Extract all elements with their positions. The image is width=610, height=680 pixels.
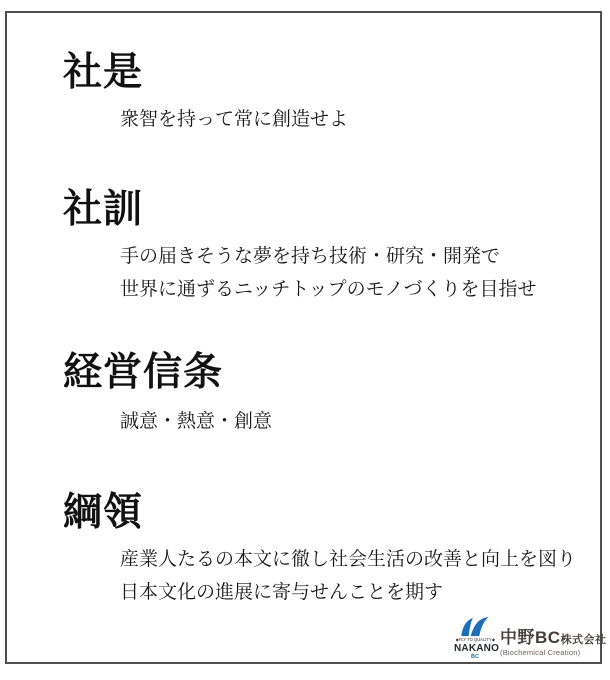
logo-tagline: ◆FLY TO QUALITY◆	[456, 638, 495, 642]
section-heading-shaze: 社是	[63, 50, 143, 96]
body-line: 産業人たるの本文に徹し社会生活の改善と向上を図り	[120, 543, 576, 576]
section-heading-keiei-shinjo: 経営信条	[63, 350, 223, 396]
company-name-line: 中野BC株式会社	[500, 629, 607, 647]
body-line: 日本文化の進展に寄与せんことを期す	[120, 576, 576, 609]
section-heading-koryo: 綱領	[63, 490, 143, 536]
section-body-shaze: 衆智を持って常に創造せよ	[120, 103, 348, 136]
body-line: 衆智を持って常に創造せよ	[120, 103, 348, 136]
company-logo: ◆FLY TO QUALITY◆ NAKANO BC 中野BC株式会社 (Bio…	[454, 617, 600, 661]
company-name-english: (Biochemical Creation)	[500, 649, 607, 657]
logo-nakano-text: NAKANO	[454, 644, 496, 654]
logo-mark: ◆FLY TO QUALITY◆ NAKANO BC	[454, 617, 496, 660]
section-body-koryo: 産業人たるの本文に徹し社会生活の改善と向上を図り 日本文化の進展に寄与せんことを…	[120, 543, 576, 609]
company-name-main: 中野BC	[500, 628, 561, 647]
section-body-keiei-shinjo: 誠意・熱意・創意	[120, 405, 272, 438]
company-name-suffix: 株式会社	[561, 634, 607, 646]
nakano-n-icon	[454, 617, 496, 637]
body-line: 誠意・熱意・創意	[120, 405, 272, 438]
section-body-shakun: 手の届きそうな夢を持ち技術・研究・開発で 世界に通ずるニッチトップのモノづくりを…	[120, 240, 536, 306]
section-heading-shakun: 社訓	[63, 187, 143, 233]
body-line: 世界に通ずるニッチトップのモノづくりを目指せ	[120, 273, 536, 306]
logo-bc-text: BC	[454, 655, 496, 661]
logo-company-name: 中野BC株式会社 (Biochemical Creation)	[500, 617, 607, 657]
body-line: 手の届きそうな夢を持ち技術・研究・開発で	[120, 240, 536, 273]
page-canvas: 社是 衆智を持って常に創造せよ 社訓 手の届きそうな夢を持ち技術・研究・開発で …	[0, 0, 610, 680]
